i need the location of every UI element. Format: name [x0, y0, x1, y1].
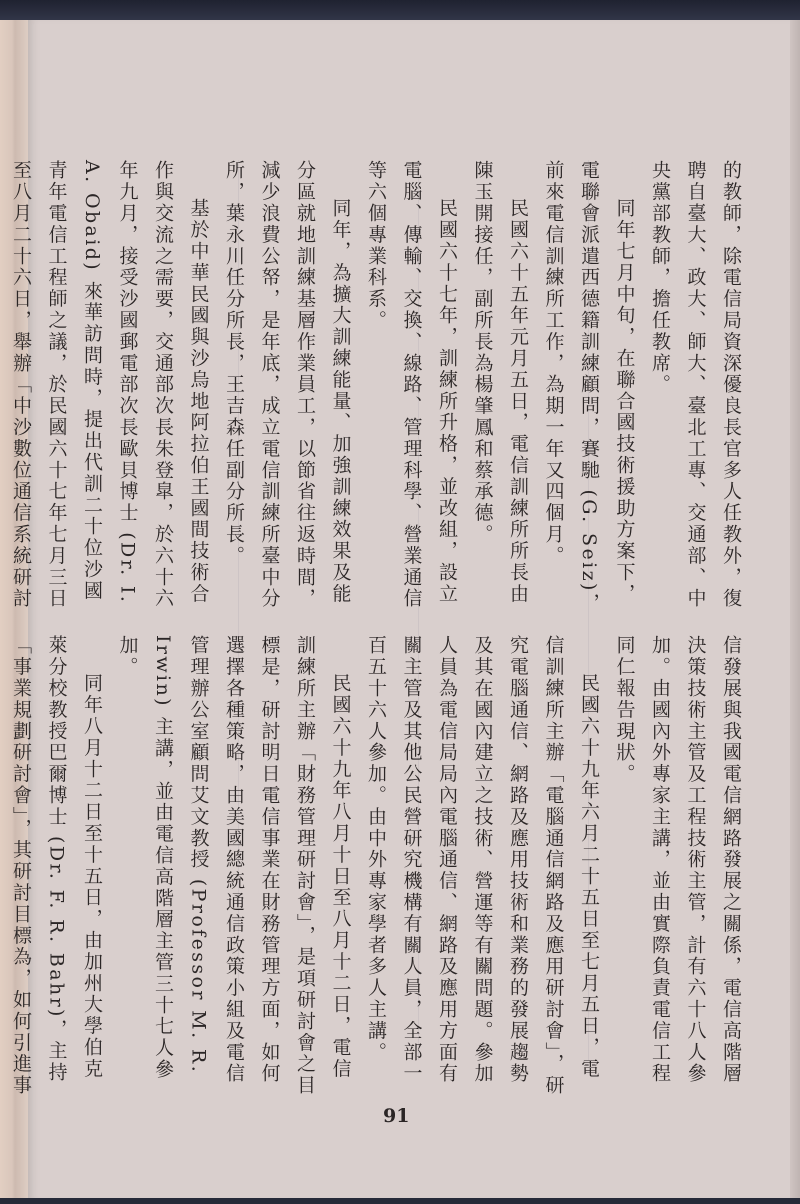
paragraph: 同年七月中旬，在聯合國技術援助方案下，電聯會派遣西德籍訓練顧問，賽馳 (G. S…: [535, 160, 642, 622]
book-cover-bottom: [0, 1198, 800, 1204]
bottom-text-block: 信發展與我國電信網路發展之關係，電信高階層決策技術主管及工程技術主管，計有六十八…: [48, 635, 748, 1097]
top-text-block: 的教師，除電信局資深優良長官多人任教外，復聘自臺大、政大、師大、臺北工專、交通部…: [48, 160, 748, 622]
book-cover-top: [0, 0, 800, 22]
paragraph: 的教師，除電信局資深優良長官多人任教外，復聘自臺大、政大、師大、臺北工專、交通部…: [642, 160, 749, 622]
paragraph: 信發展與我國電信網路發展之關係，電信高階層決策技術主管及工程技術主管，計有六十八…: [606, 635, 748, 1097]
paragraph: 基於中華民國與沙烏地阿拉伯王國間技術合作與交流之需要，交通部次長朱登皐，於六十六…: [0, 160, 216, 622]
paragraph: 民國六十九年六月二十五日至七月五日，電信訓練所主辦「電腦通信網路及應用研討會」，…: [358, 635, 607, 1097]
paragraph: 同年八月十二日至十五日，由加州大學伯克萊分校教授巴爾博士 (Dr. F. R. …: [0, 635, 109, 1097]
paragraph: 民國六十七年，訓練所升格，並改組，設立電腦、傳輸、交換、線路、管理科學、營業通信…: [358, 160, 465, 622]
paragraph: 民國六十五年元月五日，電信訓練所所長由陳玉開接任，副所長為楊肇鳳和蔡承德。: [464, 160, 535, 622]
page-number: 91: [383, 1105, 409, 1127]
paragraph: 同年，為擴大訓練能量、加強訓練效果及能分區就地訓練基層作業員工，以節省往返時間，…: [216, 160, 358, 622]
page-right-edge: [790, 20, 800, 1200]
paragraph: 民國六十九年八月十日至八月十二日，電信訓練所主辦「財務管理研討會」，是項研討會之…: [109, 635, 358, 1097]
